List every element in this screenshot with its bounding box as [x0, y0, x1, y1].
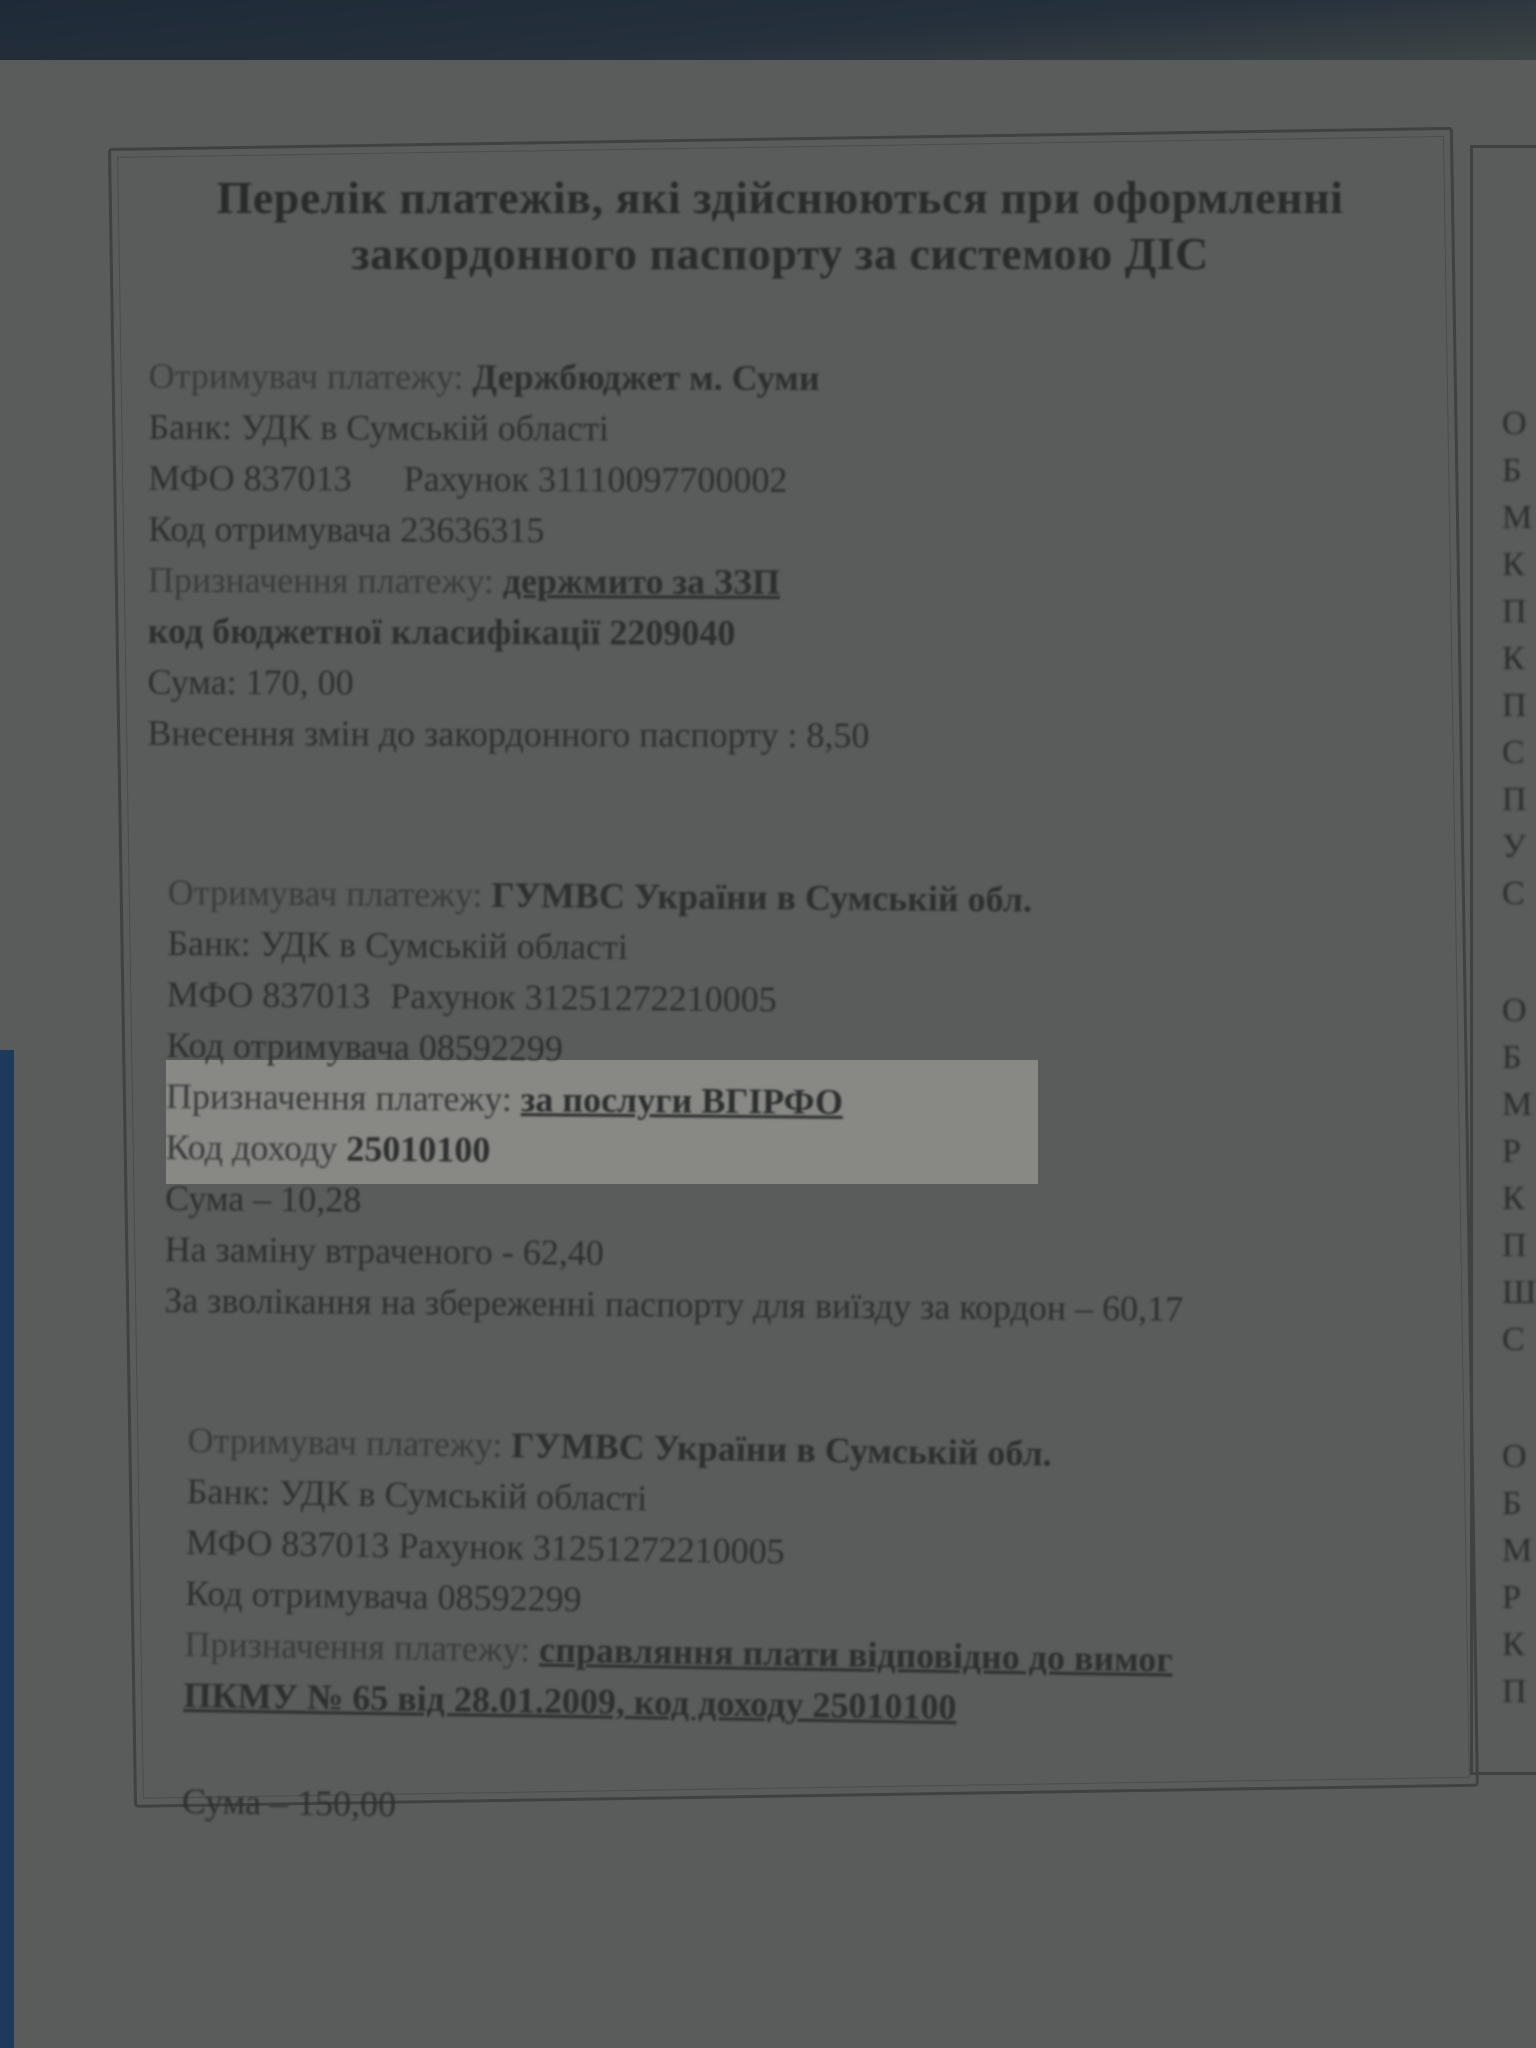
purpose-value: держмито за ЗЗП: [503, 561, 780, 602]
purpose-label: Призначення платежу:: [166, 1076, 512, 1119]
account: Рахунок 31110097700002: [404, 459, 788, 500]
purpose-label: Призначення платежу:: [148, 560, 494, 601]
account: Рахунок 31251272210005: [390, 976, 777, 1019]
account: Рахунок 31251272210005: [398, 1525, 785, 1571]
bank-line: Банк: УДК в Сумській області: [148, 402, 870, 456]
lost-replacement-fee: На заміну втраченого - 62,40: [164, 1224, 1183, 1284]
notice-content: Перелік платежів, які здійснюються при о…: [0, 0, 1536, 2048]
budget-code: код бюджетної класифікації 2209040: [148, 606, 870, 660]
purpose-value: за послуги ВГІРФО: [521, 1079, 843, 1122]
purpose-label: Призначення платежу:: [184, 1624, 530, 1669]
recipient-code: Код отримувача 23636315: [148, 504, 870, 558]
title-line-2: закордонного паспорту за системою ДІС: [110, 226, 1450, 282]
payment-section-fee: Отримувач платежу: ГУМВС України в Сумсь…: [182, 1415, 1177, 1842]
amendment-fee: Внесення змін до закордонного паспорту :…: [147, 708, 869, 762]
mfo-account-line: МФО 837013Рахунок 31251272210005: [167, 969, 1186, 1029]
title-line-1: Перелік платежів, які здійснюються при о…: [110, 170, 1450, 226]
purpose-line: Призначення платежу: за послуги ВГІРФО: [166, 1071, 1185, 1131]
amount: Сума: 170, 00: [147, 657, 869, 711]
amount: Сума – 10,28: [165, 1173, 1184, 1233]
income-code-line: Код доходу 25010100: [165, 1122, 1184, 1182]
bank-line: Банк: УДК в Сумській області: [167, 918, 1186, 978]
recipient-code: Код отримувача 08592299: [166, 1020, 1185, 1080]
recipient-label: Отримувач платежу:: [168, 872, 483, 915]
mfo: МФО 837013: [186, 1522, 390, 1565]
income-code-value: 25010100: [346, 1129, 490, 1170]
mfo: МФО 837013: [148, 458, 352, 499]
document-title: Перелік платежів, які здійснюються при о…: [110, 170, 1450, 282]
purpose-line: Призначення платежу: держмито за ЗЗП: [148, 555, 870, 609]
mfo: МФО 837013: [167, 974, 371, 1016]
recipient-value: Держбюджет м. Суми: [472, 357, 819, 398]
payment-section-state-budget: Отримувач платежу: Держбюджет м. Суми Ба…: [147, 351, 871, 762]
purpose-value-line-1: справляння плати відповідно до вимог: [539, 1630, 1173, 1680]
recipient-value: ГУМВС України в Сумській обл.: [491, 875, 1032, 920]
payment-section-vgirfo: Отримувач платежу: ГУМВС України в Сумсь…: [164, 867, 1187, 1335]
recipient-value: ГУМВС України в Сумській обл.: [511, 1425, 1052, 1473]
recipient-line: Отримувач платежу: ГУМВС України в Сумсь…: [168, 867, 1187, 927]
recipient-label: Отримувач платежу:: [149, 356, 464, 397]
storage-delay-fee: За зволікання на збереженні паспорту для…: [164, 1275, 1183, 1335]
recipient-label: Отримувач платежу:: [187, 1420, 502, 1465]
recipient-line: Отримувач платежу: Держбюджет м. Суми: [149, 351, 871, 405]
income-code-label: Код доходу: [165, 1127, 337, 1168]
mfo-account-line: МФО 837013Рахунок 31110097700002: [148, 453, 870, 507]
